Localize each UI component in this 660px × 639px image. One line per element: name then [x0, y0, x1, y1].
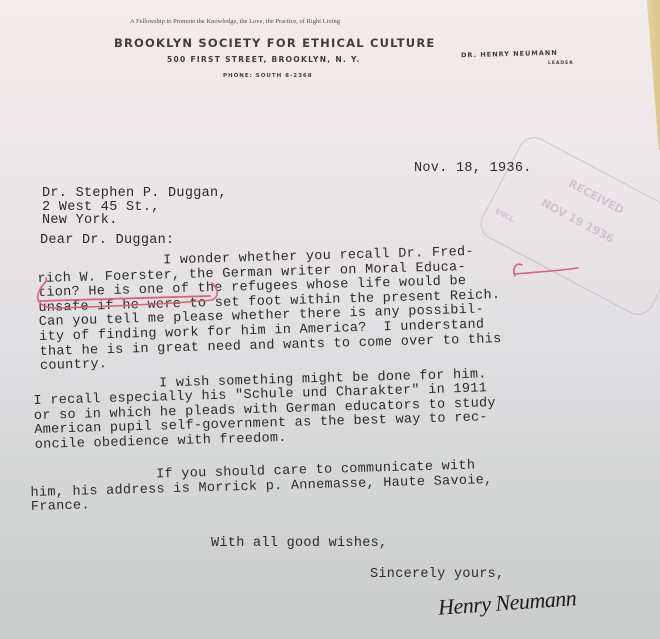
paragraph-2: I wish something might be done for him. …	[33, 368, 497, 453]
paragraph-1: I wonder whether you recall Dr. Fred- ri…	[37, 245, 502, 375]
received-stamp: RECEIVED NOV 19 1936 ENCL.	[475, 131, 660, 320]
handwritten-signature: Henry Neumann	[437, 585, 577, 621]
leader-name: DR. HENRY NEUMANN	[461, 49, 558, 60]
stamp-encl: ENCL.	[494, 207, 518, 225]
leader-title: LEADER	[548, 61, 574, 66]
letter-date: Nov. 18, 1936.	[414, 162, 532, 176]
paragraph-3: If you should care to communicate with h…	[30, 459, 493, 515]
recipient-address: Dr. Stephen P. Duggan, 2 West 45 St., Ne…	[42, 187, 227, 228]
salutation: Dear Dr. Duggan:	[40, 234, 174, 248]
closing-line: With all good wishes,	[211, 537, 387, 551]
signoff: Sincerely yours,	[370, 568, 504, 582]
organization-phone: PHONE: SOUTH 8-2368	[223, 73, 313, 79]
organization-name: BROOKLYN SOCIETY FOR ETHICAL CULTURE	[114, 36, 435, 50]
letterhead-motto: A Fellowship to Promote the Knowledge, t…	[130, 18, 340, 25]
organization-address: 500 FIRST STREET, BROOKLYN, N. Y.	[167, 55, 361, 64]
recipient-city: New York.	[42, 213, 118, 228]
letterhead: A Fellowship to Promote the Knowledge, t…	[0, 0, 660, 120]
stamp-line-1: RECEIVED	[566, 177, 626, 217]
